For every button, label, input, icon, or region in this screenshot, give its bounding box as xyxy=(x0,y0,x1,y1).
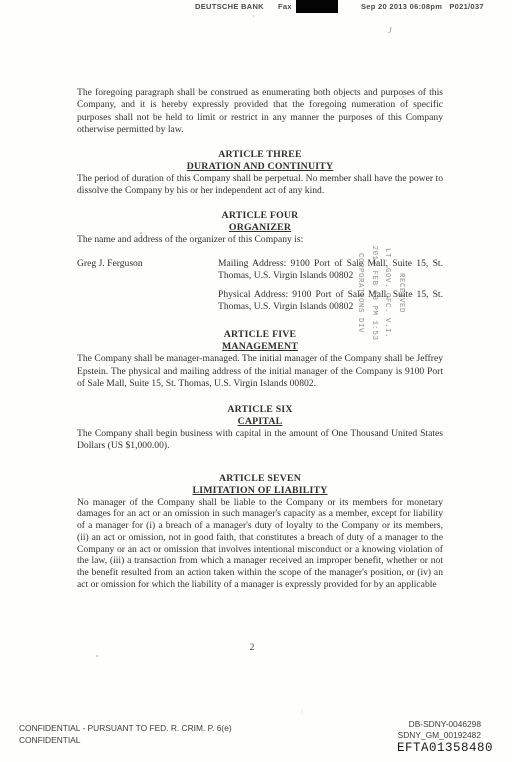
article-three-heading: ARTICLE THREE DURATION AND CONTINUITY xyxy=(77,149,443,173)
article-four-heading: ARTICLE FOUR ORGANIZER xyxy=(77,210,443,234)
received-stamp-text: RECEIVED LT. GOV. OFC. V.I. 2013 FEB 13 … xyxy=(353,237,407,349)
production-numbers: DB-SDNY-0046298 SDNY_GM_00192482 xyxy=(398,719,481,741)
article-three-title: ARTICLE THREE xyxy=(77,149,443,161)
stamp-line-received: RECEIVED xyxy=(394,237,408,349)
fax-sender-name: DEUTSCHE BANK xyxy=(195,2,264,11)
article-four-subtitle: ORGANIZER xyxy=(77,222,443,234)
fax-date-text: Sep 20 2013 06:08pm xyxy=(361,2,442,11)
article-six-subtitle: CAPITAL xyxy=(77,416,443,428)
mailing-address: Mailing Address: 9100 Port of Sale Mall,… xyxy=(218,258,443,283)
confidential-footer: CONFIDENTIAL - PURSUANT TO FED. R. CRIM.… xyxy=(19,723,232,746)
article-six-heading: ARTICLE SIX CAPITAL xyxy=(77,404,443,428)
scan-speck: , xyxy=(253,12,255,18)
article-seven-heading: ARTICLE SEVEN LIMITATION OF LIABILITY xyxy=(77,473,443,497)
stamp-line-division: CORPORATIONS DIV xyxy=(353,237,367,349)
redaction-bar xyxy=(296,0,338,13)
page-number: 2 xyxy=(77,643,427,653)
db-sdny-number: DB-SDNY-0046298 xyxy=(398,719,481,730)
bates-number: EFTA01358480 xyxy=(397,741,493,755)
article-seven-title: ARTICLE SEVEN xyxy=(77,473,443,485)
article-six-title: ARTICLE SIX xyxy=(77,404,443,416)
organizer-addresses: Mailing Address: 9100 Port of Sale Mall,… xyxy=(218,258,443,319)
fax-page-counter: P021/037 xyxy=(449,2,484,11)
article-seven-subtitle: LIMITATION OF LIABILITY xyxy=(77,485,443,497)
confidential-line-1: CONFIDENTIAL - PURSUANT TO FED. R. CRIM.… xyxy=(19,723,232,735)
management-paragraph: The Company shall be manager-managed. Th… xyxy=(77,353,443,390)
physical-address: Physical Address: 9100 Port of Sale Mall… xyxy=(218,289,443,314)
stamp-line-date: 2013 FEB 13 PM 1:53 xyxy=(367,237,381,349)
received-stamp: RECEIVED LT. GOV. OFC. V.I. 2013 FEB 13 … xyxy=(353,237,407,349)
capital-paragraph: The Company shall begin business with ca… xyxy=(77,428,443,453)
duration-paragraph: The period of duration of this Company s… xyxy=(77,173,443,198)
sdny-gm-number: SDNY_GM_00192482 xyxy=(398,730,481,741)
article-three-subtitle: DURATION AND CONTINUITY xyxy=(77,161,443,173)
liability-paragraph: No manager of the Company shall be liabl… xyxy=(77,497,443,591)
scan-speck: : xyxy=(301,708,303,716)
scan-dot xyxy=(96,655,98,657)
fax-label: Fax xyxy=(278,2,292,11)
article-four-title: ARTICLE FOUR xyxy=(77,210,443,222)
fax-timestamp: Sep 20 2013 06:08pm P021/037 xyxy=(361,2,484,11)
stamp-line-office: LT. GOV. OFC. V.I. xyxy=(380,237,394,349)
organizer-name: Greg J. Ferguson xyxy=(77,258,218,319)
intro-paragraph: The foregoing paragraph shall be constru… xyxy=(77,87,443,136)
scanned-document-page: DEUTSCHE BANK Fax Sep 20 2013 06:08pm P0… xyxy=(0,0,512,762)
confidential-line-2: CONFIDENTIAL xyxy=(19,735,232,747)
scan-speck: J xyxy=(388,26,392,35)
